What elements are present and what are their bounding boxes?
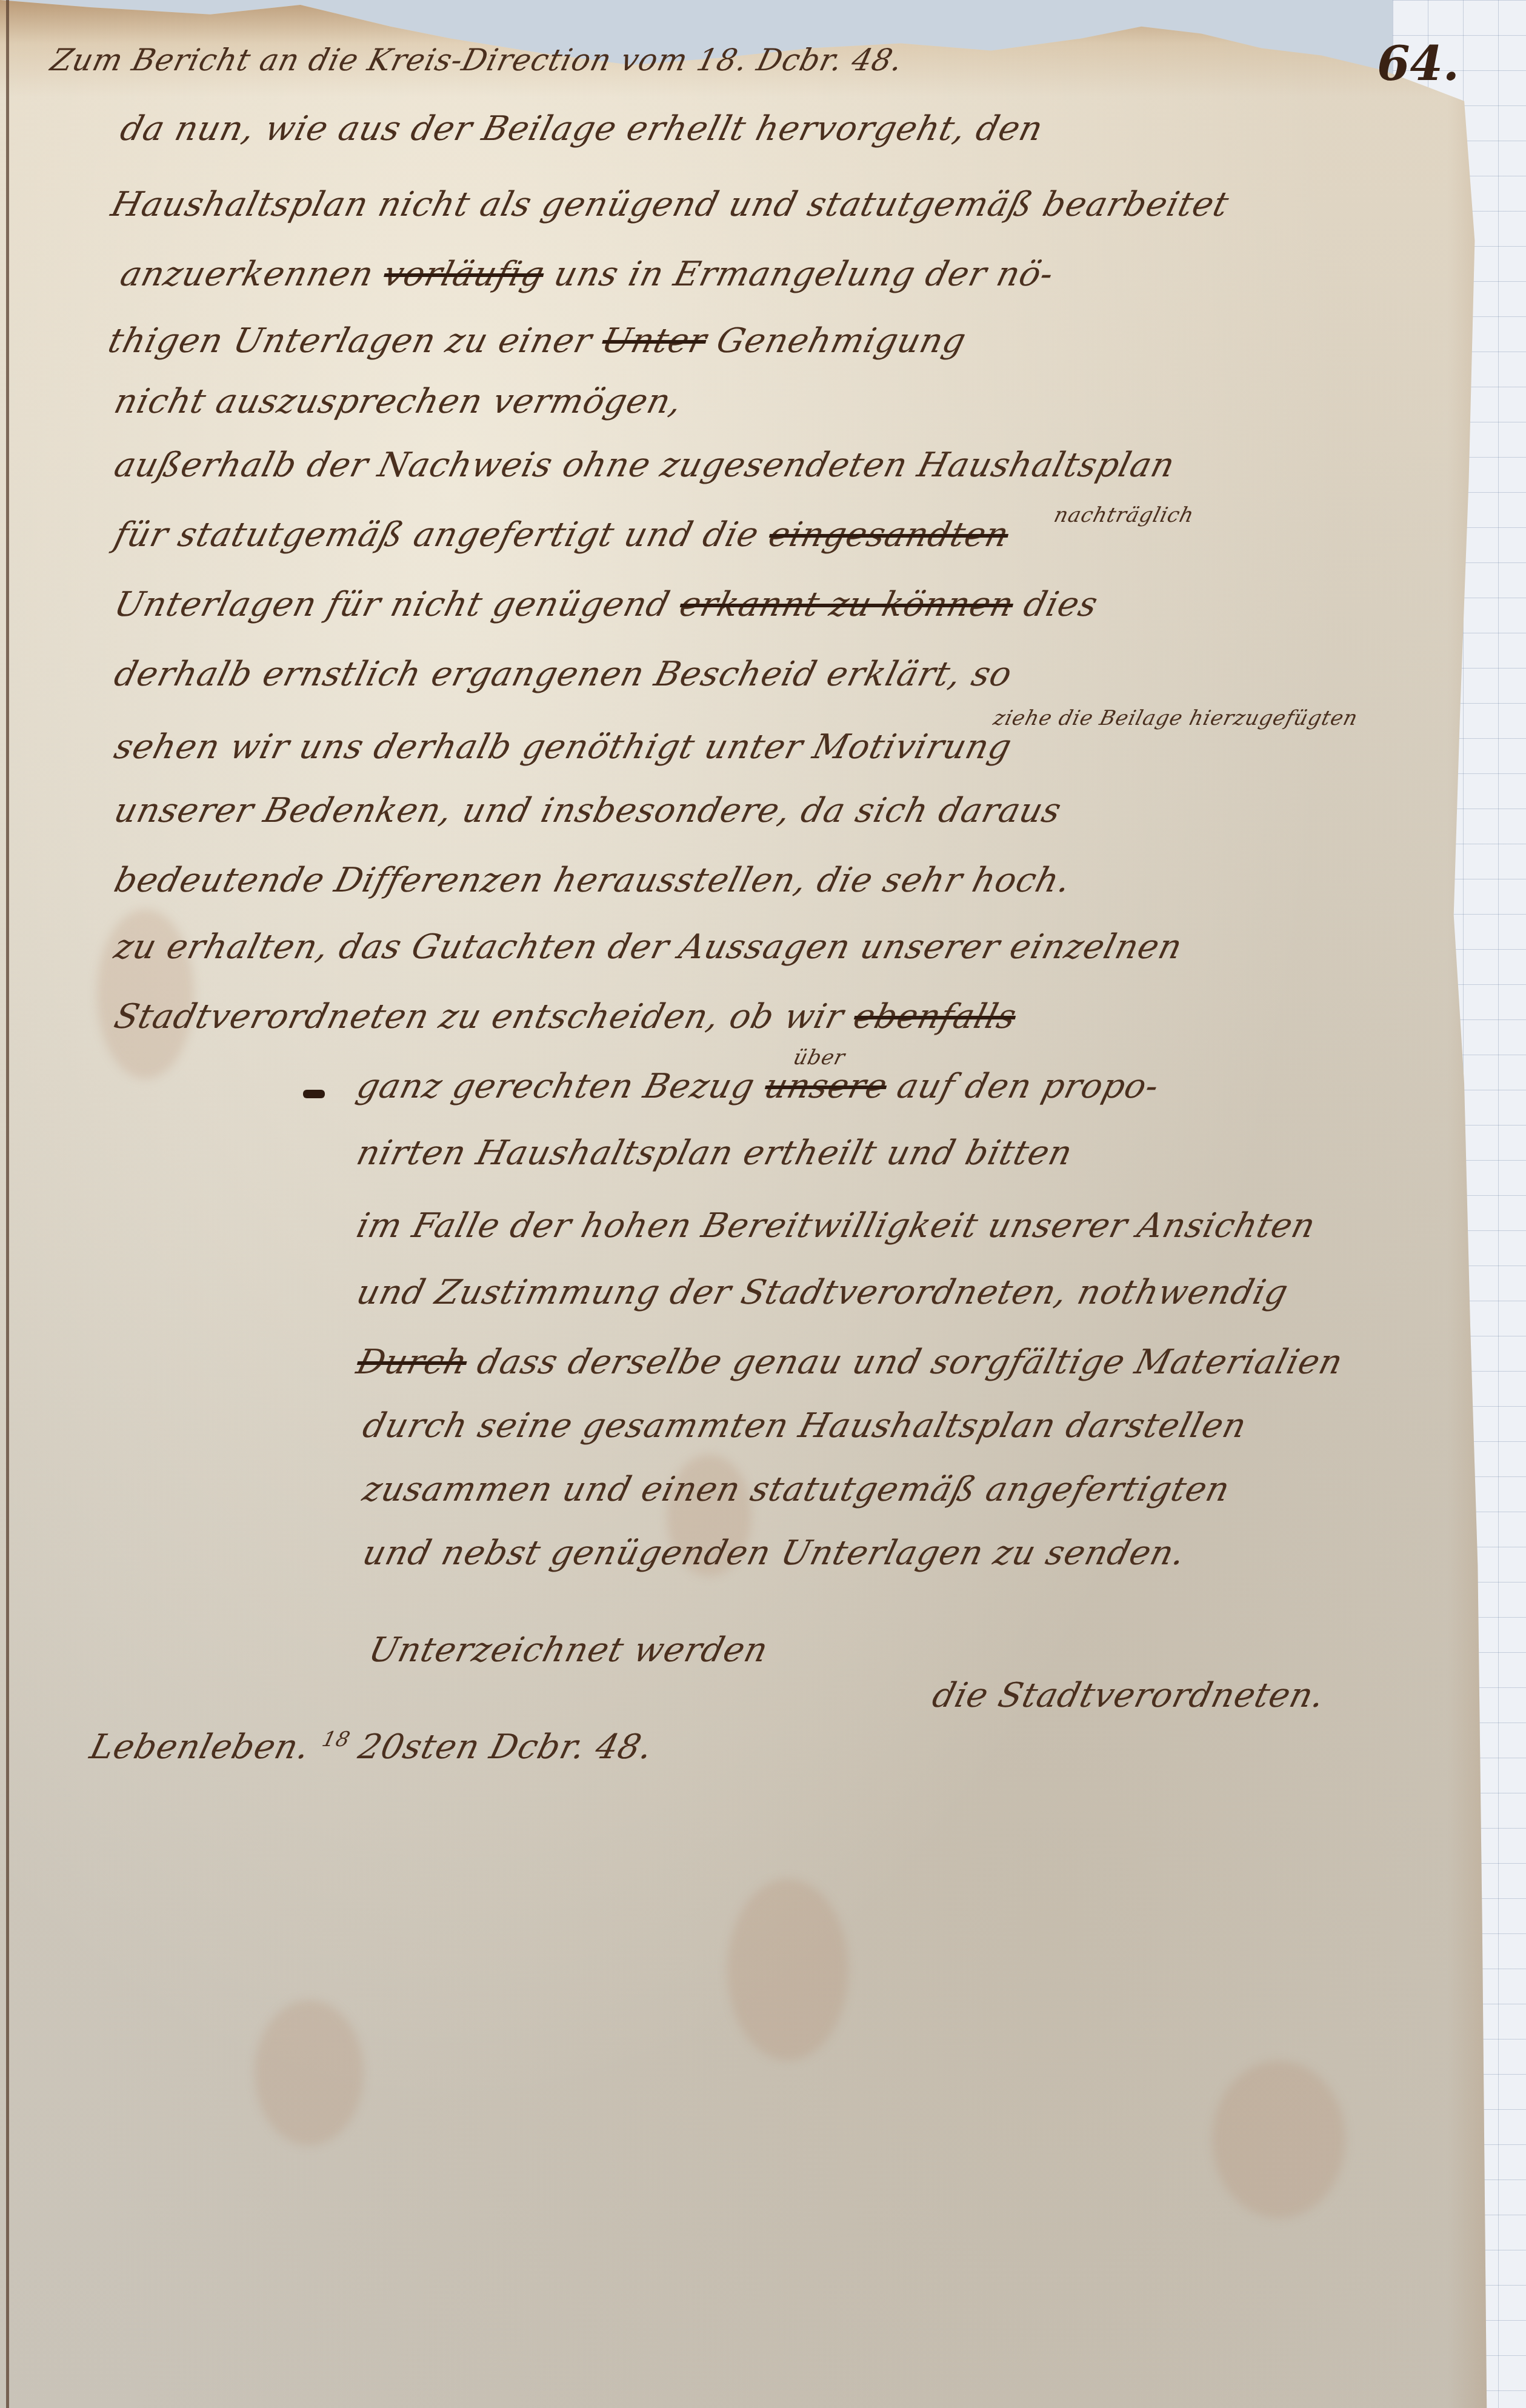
- line-text: auf den propo-: [893, 1067, 1164, 1106]
- manuscript-line: Unterlagen für nicht genügend erkannt zu…: [110, 585, 1102, 624]
- struck-word: Unter: [598, 321, 711, 361]
- manuscript-line: Durch dass derselbe genau und sorgfältig…: [353, 1342, 1347, 1382]
- struck-word: ebenfalls: [850, 997, 1021, 1036]
- manuscript-line: im Falle der hohen Bereitwilligkeit unse…: [353, 1206, 1320, 1246]
- struck-word: eingesandten: [765, 515, 1013, 555]
- manuscript-line: nicht auszusprechen vermögen,: [110, 382, 687, 421]
- line-text: ganz gerechten Bezug: [353, 1067, 759, 1106]
- closing-formula: Unterzeichnet werden: [365, 1630, 772, 1670]
- place-name: Lebenleben.: [86, 1727, 315, 1767]
- struck-word: Durch: [353, 1342, 471, 1382]
- place-date: Lebenleben. 18 20sten Dcbr. 48.: [86, 1727, 657, 1767]
- line-text: Genehmigung: [713, 321, 970, 361]
- interlinear-insertion: nachträglich: [1051, 503, 1197, 527]
- binding-edge: [6, 0, 9, 2408]
- manuscript-line: derhalb ernstlich ergangenen Bescheid er…: [110, 655, 1016, 694]
- manuscript-line: da nun, wie aus der Beilage erhellt herv…: [116, 109, 1047, 148]
- manuscript-line: und nebst genügenden Unterlagen zu sende…: [359, 1533, 1190, 1573]
- struck-word: unsere: [761, 1067, 891, 1106]
- manuscript-line: sehen wir uns derhalb genöthigt unter Mo…: [110, 727, 1016, 767]
- manuscript-line: nirten Haushaltsplan ertheilt und bitten: [353, 1133, 1077, 1173]
- foxing-stain: [727, 1879, 848, 2061]
- manuscript-line: und Zustimmung der Stadtverordneten, not…: [353, 1273, 1293, 1312]
- header-note: Zum Bericht an die Kreis-Direction vom 1…: [47, 42, 907, 78]
- line-text: für statutgemäß angefertigt und die: [110, 515, 763, 555]
- manuscript-line: zusammen und einen statutgemäß angeferti…: [359, 1470, 1234, 1509]
- line-text: Unterlagen für nicht genügend: [110, 585, 674, 624]
- manuscript-page: [0, 0, 1502, 2408]
- line-text: dies: [1019, 585, 1102, 624]
- manuscript-line: Haushaltsplan nicht als genügend und sta…: [107, 185, 1233, 224]
- page-number: 64.: [1377, 36, 1459, 92]
- signature: die Stadtverordneten.: [928, 1676, 1329, 1715]
- manuscript-line: für statutgemäß angefertigt und die eing…: [110, 515, 1013, 555]
- interlinear-insertion: ziehe die Beilage hierzugefügten: [991, 706, 1361, 730]
- line-text: dass derselbe genau und sorgfältige Mate…: [473, 1342, 1347, 1382]
- date: 20sten Dcbr. 48.: [355, 1727, 657, 1767]
- line-text: thigen Unterlagen zu einer: [104, 321, 596, 361]
- struck-word: erkannt zu können: [676, 585, 1018, 624]
- manuscript-line: ganz gerechten Bezug unsere auf den prop…: [353, 1067, 1164, 1106]
- line-text: Stadtverordneten zu entscheiden, ob wir: [110, 997, 848, 1036]
- line-text: uns in Ermangelung der nö-: [550, 255, 1058, 294]
- manuscript-line: thigen Unterlagen zu einer Unter Genehmi…: [104, 321, 970, 361]
- foxing-stain: [255, 2000, 364, 2146]
- manuscript-line: zu erhalten, das Gutachten der Aussagen …: [110, 927, 1187, 967]
- struck-word: vorläufig: [379, 255, 548, 294]
- manuscript-line: bedeutende Differenzen herausstellen, di…: [110, 861, 1075, 900]
- manuscript-line: außerhalb der Nachweis ohne zugesendeten…: [110, 445, 1179, 485]
- insertion-dash-mark: [303, 1090, 325, 1098]
- manuscript-line: durch seine gesammten Haushaltsplan dars…: [359, 1406, 1251, 1446]
- manuscript-line: anzuerkennen vorläufig uns in Ermangelun…: [116, 255, 1058, 294]
- date-superscript: 18: [319, 1727, 353, 1752]
- interlinear-insertion: über: [791, 1046, 848, 1070]
- manuscript-line: unserer Bedenken, und insbesondere, da s…: [110, 791, 1065, 830]
- foxing-stain: [1212, 2061, 1345, 2218]
- line-text: anzuerkennen: [116, 255, 378, 294]
- manuscript-line: Stadtverordneten zu entscheiden, ob wir …: [110, 997, 1021, 1036]
